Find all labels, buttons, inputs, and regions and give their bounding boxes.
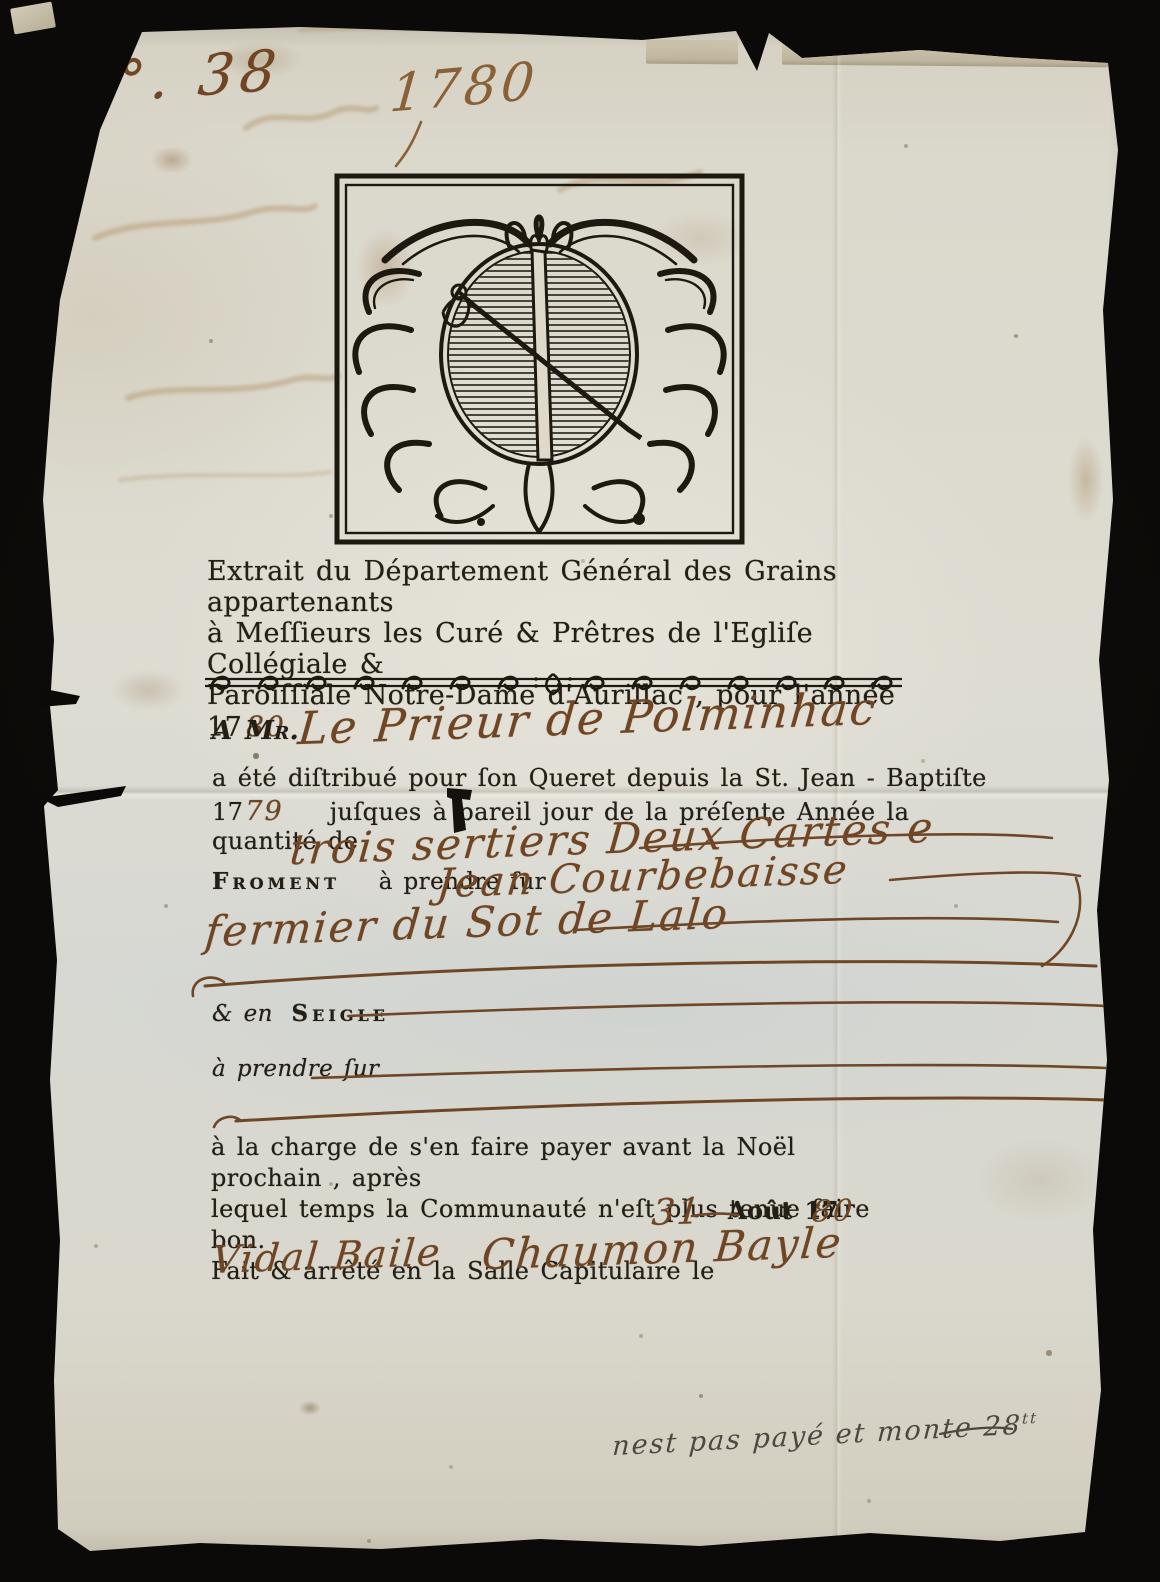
addressee-label: A Mr. [212, 716, 299, 746]
distribution-line-1: a été diſtribué pour ſon Queret depuis l… [212, 764, 987, 792]
seigle-prendre-sur: à prendre ſur [212, 1056, 379, 1082]
archive-number-annotation: N°. 38 [59, 38, 285, 119]
document-paper: N°. 38 1780 [0, 0, 1160, 1582]
heading-line-1: Extrait du Département Général des Grain… [207, 556, 907, 618]
torn-paper-tab [10, 2, 56, 35]
woodcut-emblem [333, 172, 746, 546]
froment-debtor-line2-handwritten: fermier du Sot de Lalo [203, 889, 731, 956]
folded-edge-strip [646, 40, 738, 65]
charge-line-1: à la charge de s'en faire payer avant la… [211, 1132, 911, 1194]
froment-label: Froment [212, 868, 340, 895]
photo-backdrop: N°. 38 1780 [0, 0, 1160, 1582]
folded-edge-strip [782, 41, 1108, 68]
seigle-line: & en Seigle [212, 1000, 389, 1027]
signature-left: Vidal Baile [210, 1230, 443, 1282]
year-handwritten: 79 [245, 796, 283, 827]
year-annotation: 1780 [388, 51, 541, 125]
payment-note-handwritten: nest pas payé et monte 28tt [611, 1409, 1038, 1462]
foxing-specks [0, 0, 2, 2]
note-superscript: tt [1022, 1409, 1039, 1428]
seigle-label: Seigle [292, 1000, 389, 1027]
